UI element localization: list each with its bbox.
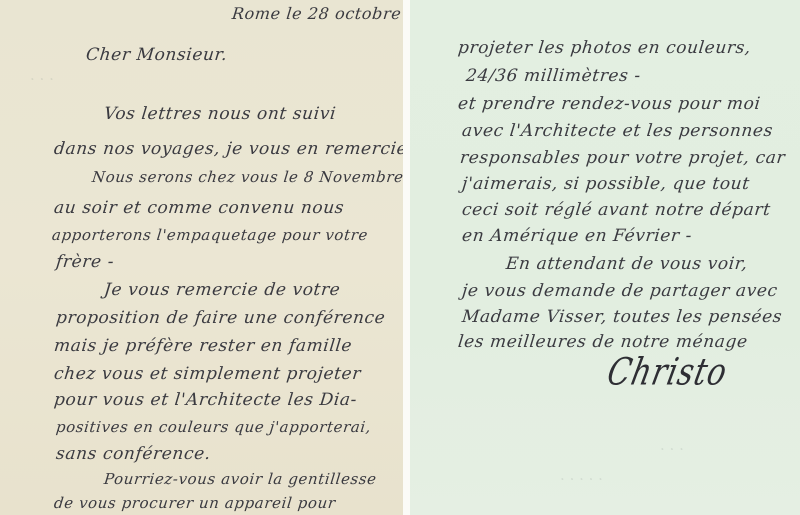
signature: Christo <box>603 351 731 395</box>
letter-line: et prendre rendez-vous pour moi <box>457 96 761 113</box>
letter-line: Vos lettres nous ont suivi <box>103 106 337 123</box>
salutation: Cher Monsieur. <box>85 47 228 64</box>
letter-line: avec l'Architecte et les personnes <box>461 123 774 140</box>
letter-line: mais je préfère rester en famille <box>53 338 353 355</box>
dateline: Rome le 28 octobre - <box>231 6 403 22</box>
letter-line: en Amérique en Février - <box>461 228 693 245</box>
letter-line: sans conférence. <box>55 446 212 463</box>
letter-line: responsables pour votre projet, car <box>459 150 786 167</box>
letter-line: de vous procurer un appareil pour <box>53 496 336 511</box>
letter-line: projeter les photos en couleurs, <box>457 40 752 57</box>
letter-line: proposition de faire une conférence <box>55 310 386 327</box>
letter-page-1: · · · Rome le 28 octobre - Cher Monsieur… <box>0 0 403 515</box>
letter-line: positives en couleurs que j'apporterai, <box>55 420 372 435</box>
letter-line: 24/36 millimètres - <box>465 68 642 85</box>
letter-line: pour vous et l'Architecte les Dia- <box>53 392 358 409</box>
letter-line: dans nos voyages, je vous en remercie. <box>53 141 403 158</box>
letter-line: frère - <box>55 254 115 271</box>
letter-line: En attendant de vous voir, <box>505 256 748 273</box>
letter-line: chez vous et simplement projeter <box>53 366 362 383</box>
page-divider <box>403 0 410 515</box>
letter-line: Je vous remercie de votre <box>103 282 341 299</box>
letter-line: Nous serons chez vous le 8 Novembre <box>91 170 403 185</box>
letter-line: les meilleures de notre ménage <box>457 334 748 351</box>
letter-line: Pourriez-vous avoir la gentillesse <box>103 472 377 487</box>
letter-line: je vous demande de partager avec <box>461 283 778 300</box>
letter-line: j'aimerais, si possible, que tout <box>461 176 750 193</box>
letter-line: ceci soit réglé avant notre départ <box>461 202 771 219</box>
letter-line: Madame Visser, toutes les pensées <box>461 309 783 326</box>
bleed-through-text: · · · <box>30 70 54 88</box>
letter-line: apporterons l'empaquetage pour votre <box>51 228 368 243</box>
bleed-through-text: · · · <box>660 440 684 458</box>
letter-page-2: · · · · · · · · projeter les photos en c… <box>410 0 800 515</box>
letter-line: au soir et comme convenu nous <box>53 200 345 217</box>
bleed-through-text: · · · · · <box>560 470 603 488</box>
